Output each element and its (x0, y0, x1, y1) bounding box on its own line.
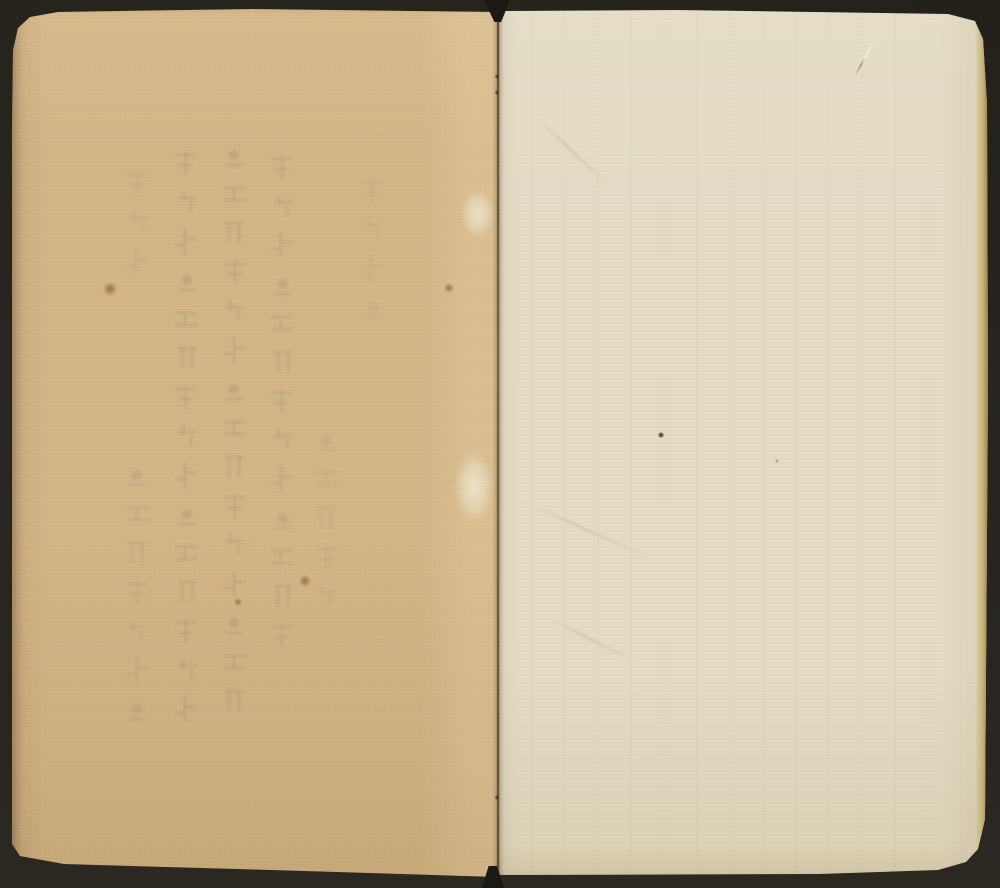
crease-mark (534, 115, 612, 189)
scratch-mark (854, 41, 875, 77)
right-page-recto (498, 9, 988, 879)
left-page-stain-layer (12, 8, 498, 880)
ink-speck (658, 432, 664, 438)
crease-mark (522, 500, 653, 560)
right-page-mark-layer (498, 9, 988, 879)
foxing-spot (234, 598, 242, 606)
gutter-fold-line (497, 8, 499, 876)
foxing-spot (103, 282, 117, 296)
book-scan (0, 0, 1000, 888)
crease-mark (548, 617, 639, 664)
foxing-spot (775, 459, 779, 463)
foxing-spot (444, 283, 454, 293)
left-page-verso (12, 8, 498, 880)
foxing-spot (299, 575, 311, 587)
